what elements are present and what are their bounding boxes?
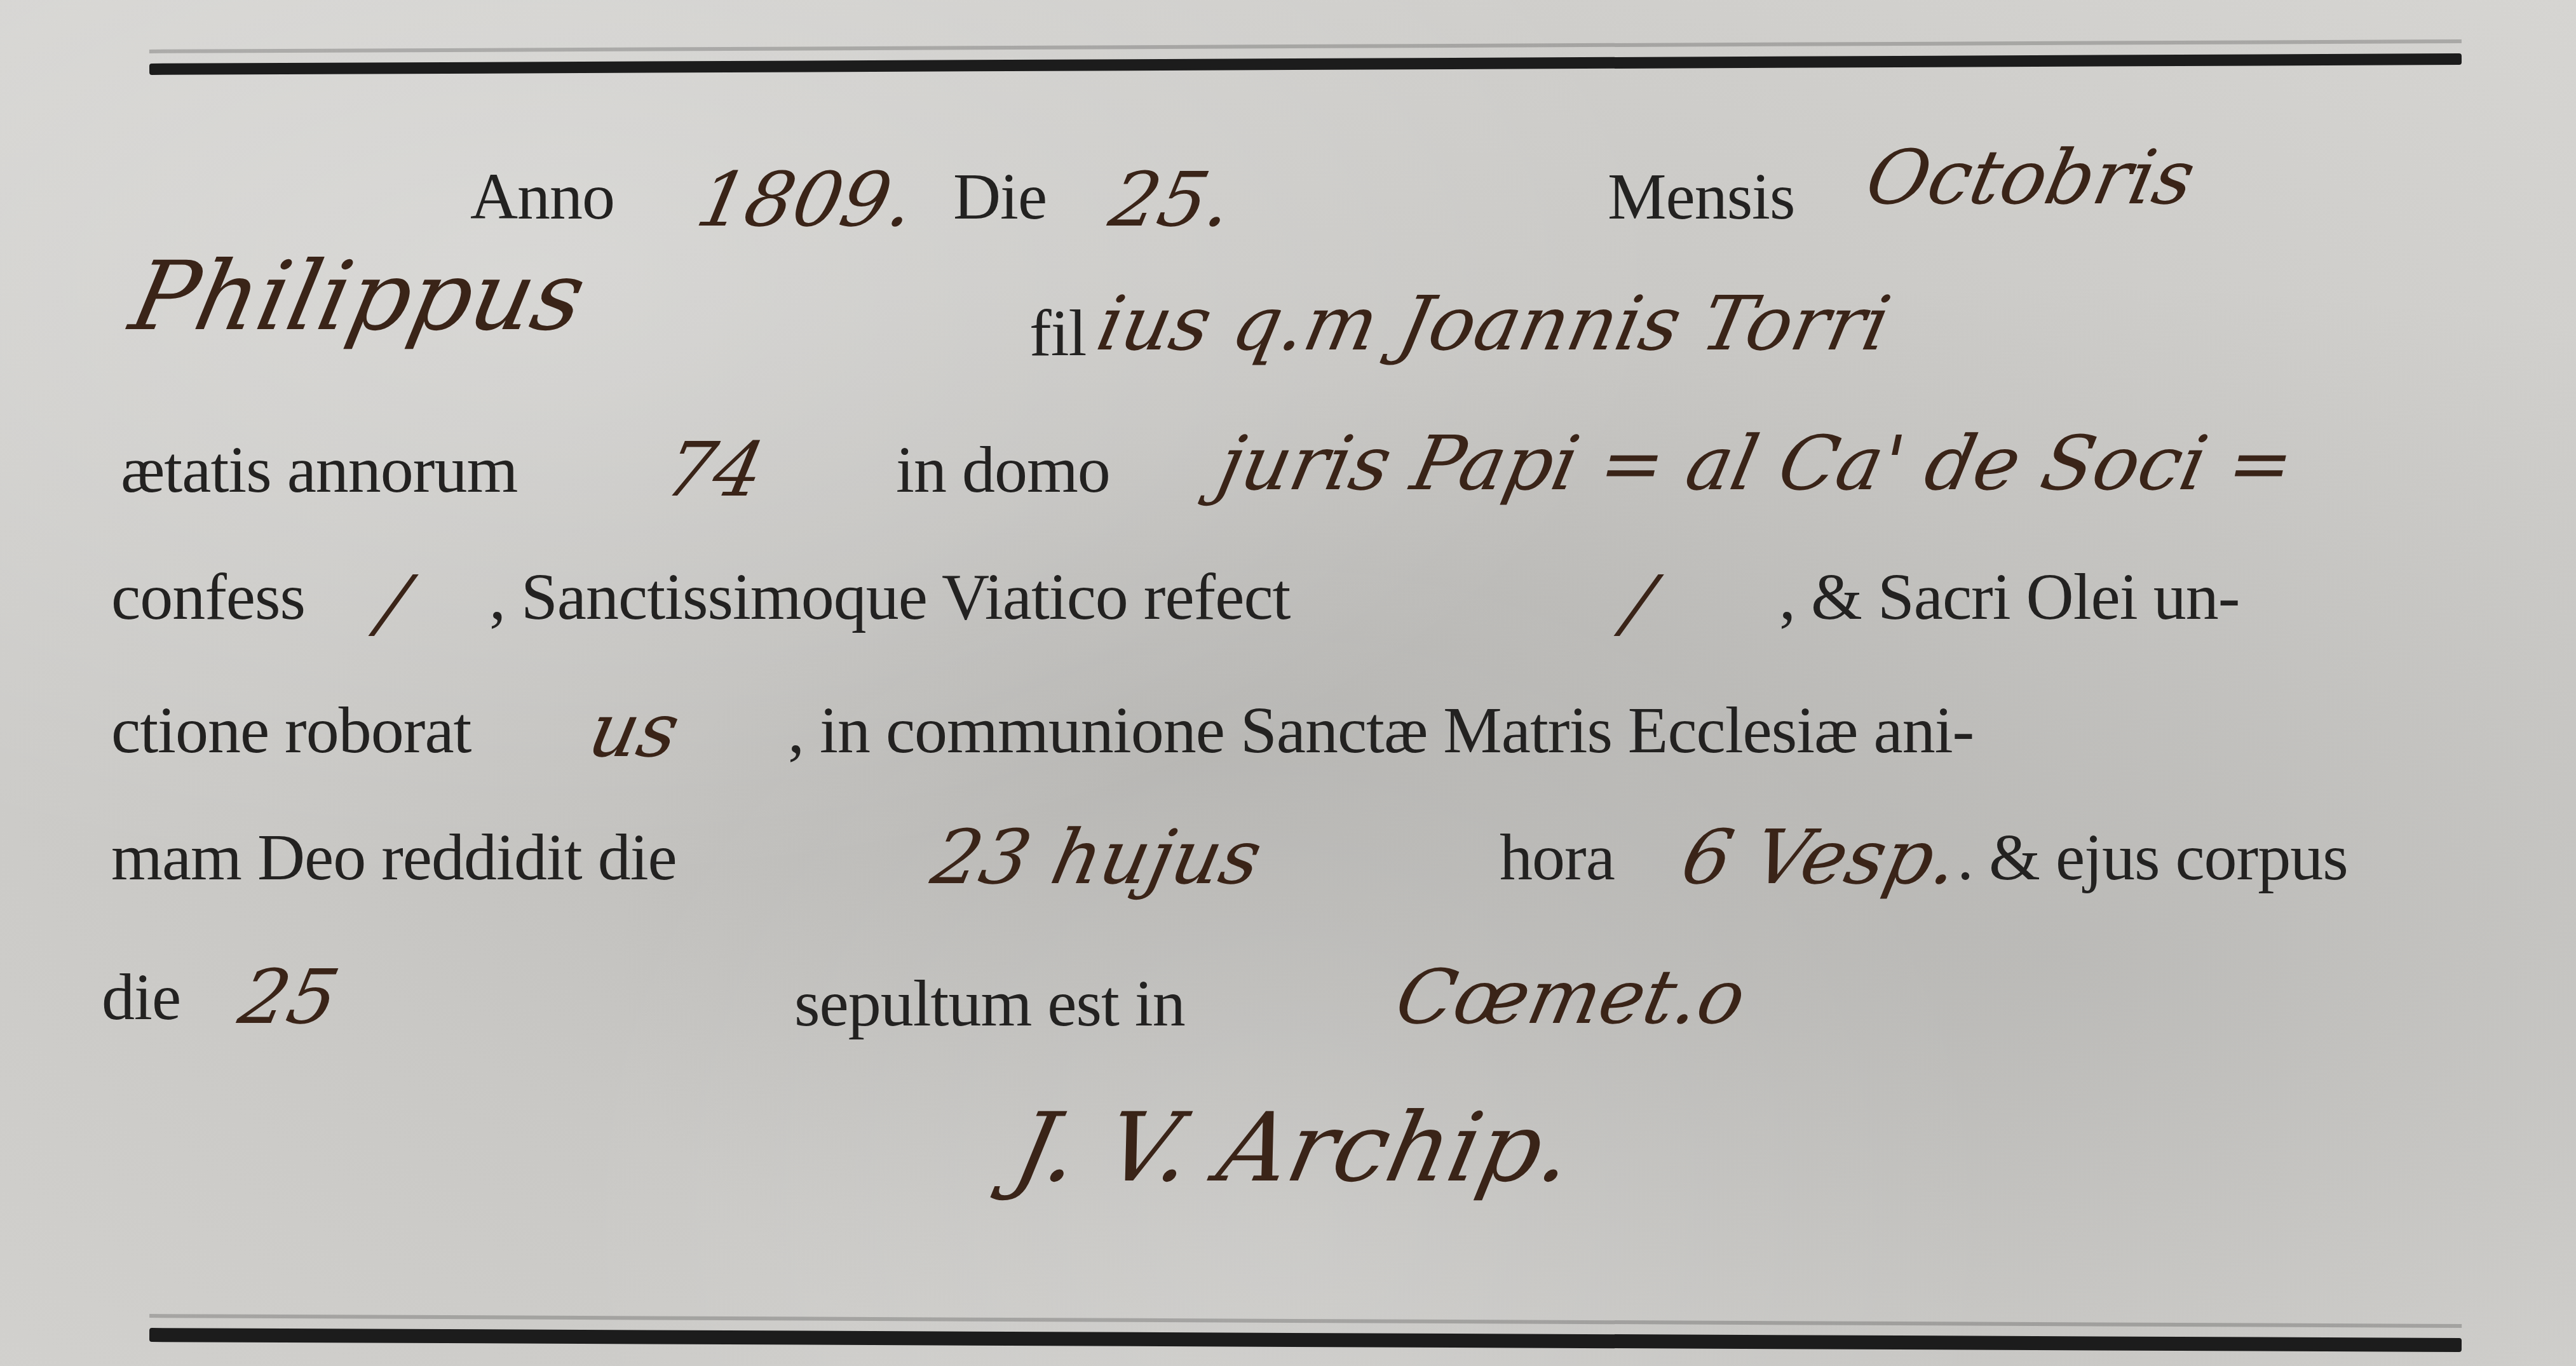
deceased-name: Philippus: [122, 241, 595, 352]
die-value: 25.: [1102, 156, 1240, 243]
olei-label: , & Sacri Olei un-: [1779, 559, 2239, 635]
death-day-value: 23 hujus: [925, 813, 1269, 901]
anno-label: Anno: [470, 159, 614, 234]
domo-label: in domo: [896, 432, 1110, 508]
burial-day-value: 25: [232, 953, 346, 1041]
hora-value: 6 Vesp.: [1674, 813, 1967, 901]
corpus-label: . & ejus corpus: [1957, 820, 2348, 895]
burial-die-label: die: [102, 959, 180, 1035]
age-value: 74: [658, 426, 771, 513]
aetatis-label: ætatis annorum: [121, 432, 517, 508]
ctione-label: ctione roborat: [111, 693, 471, 768]
sepultum-label: sepultum est in: [794, 966, 1185, 1041]
filius-label: fil: [1029, 295, 1086, 371]
viatico-label: , Sanctissimoque Viatico refect: [489, 559, 1290, 635]
cemetery-value: Cœmet.o: [1388, 953, 1753, 1041]
mensis-label: Mensis: [1608, 159, 1794, 234]
hora-label: hora: [1500, 820, 1615, 895]
animam-label: mam Deo reddidit die: [111, 820, 677, 895]
priest-signature: J. V. Archip.: [1005, 1093, 1584, 1203]
domo-value: juris Papi = al Ca' de Soci =: [1210, 419, 2301, 507]
confess-label: confess: [111, 559, 305, 635]
communione-label: , in communione Sanctæ Matris Ecclesiæ a…: [788, 693, 1974, 768]
anno-value: 1809.: [689, 156, 923, 243]
die-label: Die: [953, 159, 1047, 234]
father-name: ius q.m Joannis Torri: [1090, 280, 1897, 367]
mensis-value: Octobris: [1859, 133, 2202, 221]
